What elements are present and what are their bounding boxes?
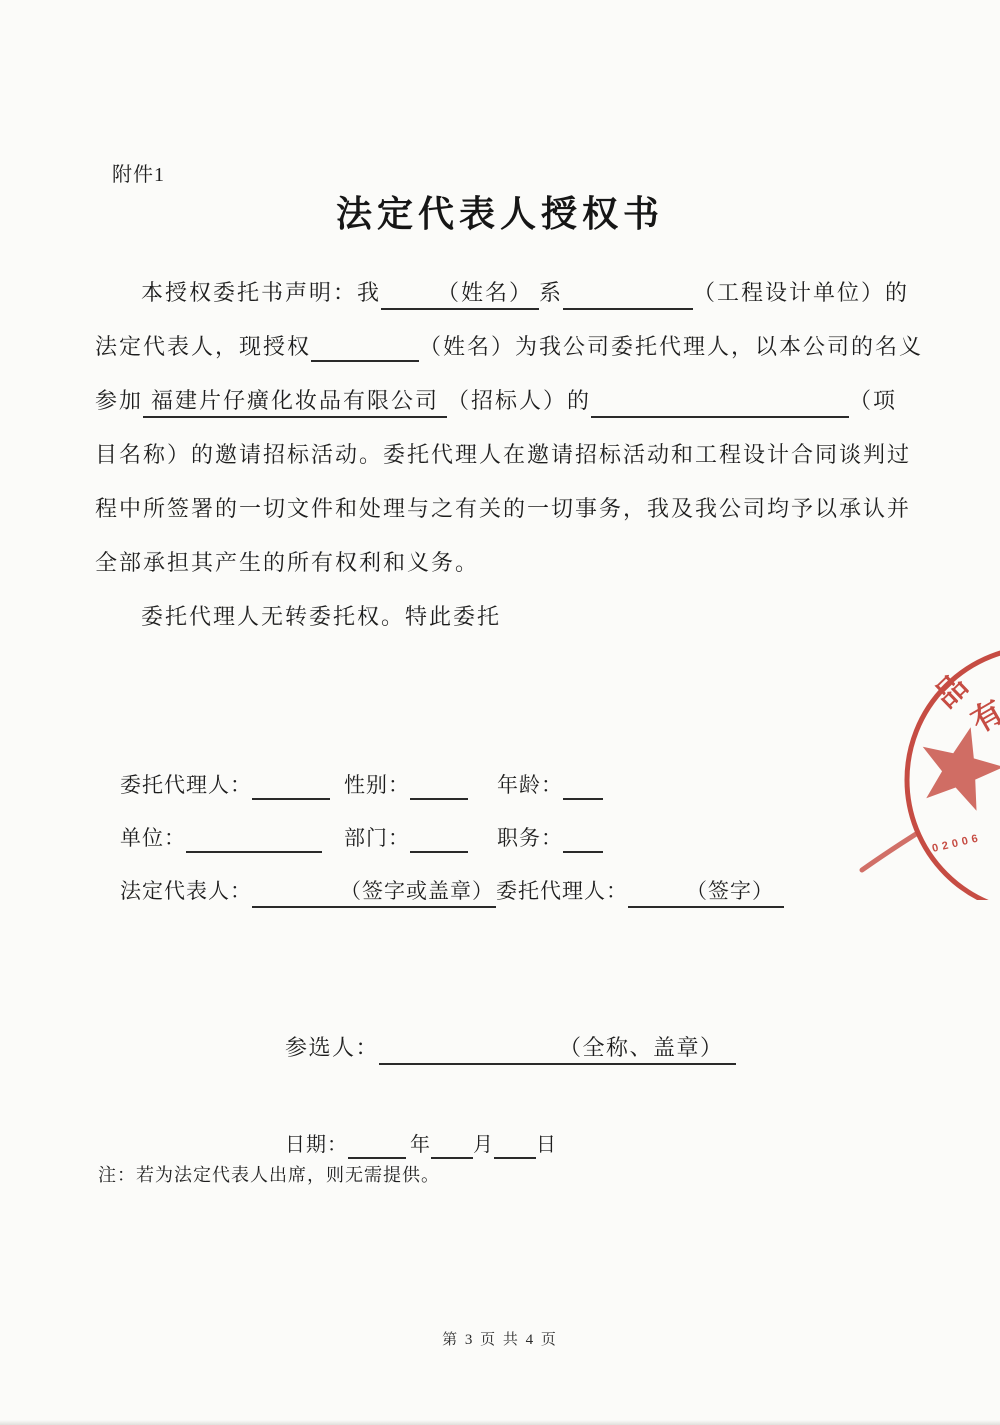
body-line-7: 委托代理人无转委托权。特此委托: [95, 602, 965, 632]
note-text: 注：若为法定代表人出席，则无需提供。: [98, 1161, 440, 1187]
body-line-2: 法定代表人，现授权（姓名）为我公司委托代理人，以本公司的名义: [95, 332, 965, 362]
body-line-3: 参加福建片仔癀化妆品有限公司（招标人）的（项: [95, 386, 965, 418]
agent-label: 委托代理人：: [120, 773, 252, 797]
age-blank: [563, 778, 603, 800]
gender-blank: [410, 778, 468, 800]
sign-hint: （签字）: [686, 879, 774, 903]
company-name-text: 福建片仔癀化妆品有限公司: [151, 388, 439, 413]
participant-blank: （全称、盖章）: [379, 1033, 736, 1065]
line4-text: 目名称）的邀请招标活动。委托代理人在邀请招标活动和工程设计合同谈判过: [95, 442, 911, 467]
name-blank-1: （姓名）: [381, 278, 539, 310]
attachment-label: 附件1: [112, 158, 165, 187]
date-label: 日期：: [285, 1134, 348, 1156]
line2-post-text: （姓名）为我公司委托代理人，以本公司的名义: [419, 334, 923, 359]
participant-label: 参选人：: [285, 1035, 379, 1060]
date-row: 日期：年月日: [285, 1131, 557, 1159]
month-label: 月: [473, 1134, 494, 1156]
line1-post-text: （工程设计单位）的: [693, 280, 909, 305]
line3-post-text: （项: [849, 388, 897, 413]
position-blank: [563, 831, 603, 853]
participant-hint: （全称、盖章）: [559, 1035, 724, 1060]
design-unit-blank: [563, 288, 693, 310]
gender-label: 性别：: [344, 773, 410, 797]
dept-label: 部门：: [344, 826, 410, 850]
age-label: 年龄：: [497, 773, 563, 797]
page-title: 法定代表人授权书: [0, 186, 1000, 237]
line3-mid-text: （招标人）的: [447, 388, 591, 413]
company-name-underlined: 福建片仔癀化妆品有限公司: [143, 386, 447, 418]
unit-blank: [186, 831, 322, 853]
name-hint: （姓名）: [437, 280, 533, 305]
body-line-4: 目名称）的邀请招标活动。委托代理人在邀请招标活动和工程设计合同谈判过: [95, 440, 965, 470]
form-row-unit: 单位：部门：职务：: [120, 823, 603, 853]
agent-sign-blank: （签字）: [628, 876, 784, 908]
line2-pre-text: 法定代表人，现授权: [95, 334, 311, 359]
body-line-5: 程中所签署的一切文件和处理与之有关的一切事务，我及我公司均予以承认并: [95, 494, 965, 524]
project-name-blank: [591, 396, 849, 418]
form-row-signatures: 法定代表人：（签字或盖章）委托代理人：（签字）: [120, 876, 784, 908]
sign-or-seal-hint: （签字或盖章）: [340, 879, 494, 903]
seal-serial-digits: 02006: [931, 832, 983, 855]
dept-blank: [410, 831, 468, 853]
body-line-1: 本授权委托书声明：我（姓名）系（工程设计单位）的: [95, 278, 965, 310]
page-edge-shadow: [0, 1420, 1000, 1425]
line3-pre-text: 参加: [95, 388, 143, 413]
agent-sign-label: 委托代理人：: [496, 879, 628, 903]
line5-text: 程中所签署的一切文件和处理与之有关的一切事务，我及我公司均予以承认并: [95, 496, 911, 521]
position-label: 职务：: [497, 826, 563, 850]
day-blank: [494, 1137, 536, 1159]
year-blank: [348, 1137, 406, 1159]
body-line-6: 全部承担其产生的所有权利和义务。: [95, 548, 965, 578]
seal-ring-fragment: [862, 834, 916, 870]
legal-rep-sign-blank: （签字或盖章）: [252, 876, 496, 908]
day-label: 日: [536, 1134, 557, 1156]
month-blank: [431, 1137, 473, 1159]
agent-name-blank: [311, 340, 419, 362]
line1-pre-text: 本授权委托书声明：我: [141, 280, 381, 305]
line6-text: 全部承担其产生的所有权利和义务。: [95, 550, 479, 575]
page-number: 第 3 页 共 4 页: [0, 1328, 1000, 1349]
document-page: 附件1 法定代表人授权书 本授权委托书声明：我（姓名）系（工程设计单位）的 法定…: [0, 0, 1000, 1425]
line1-mid-text: 系: [539, 280, 563, 305]
form-row-agent: 委托代理人：性别：年龄：: [120, 770, 603, 800]
line7-text: 委托代理人无转委托权。特此委托: [141, 604, 501, 629]
legal-rep-label: 法定代表人：: [120, 879, 252, 903]
company-seal-stamp: 品 有 02006: [840, 628, 1000, 900]
unit-label: 单位：: [120, 826, 186, 850]
agent-blank: [252, 778, 330, 800]
participant-row: 参选人：（全称、盖章）: [285, 1033, 736, 1065]
year-label: 年: [410, 1134, 431, 1156]
